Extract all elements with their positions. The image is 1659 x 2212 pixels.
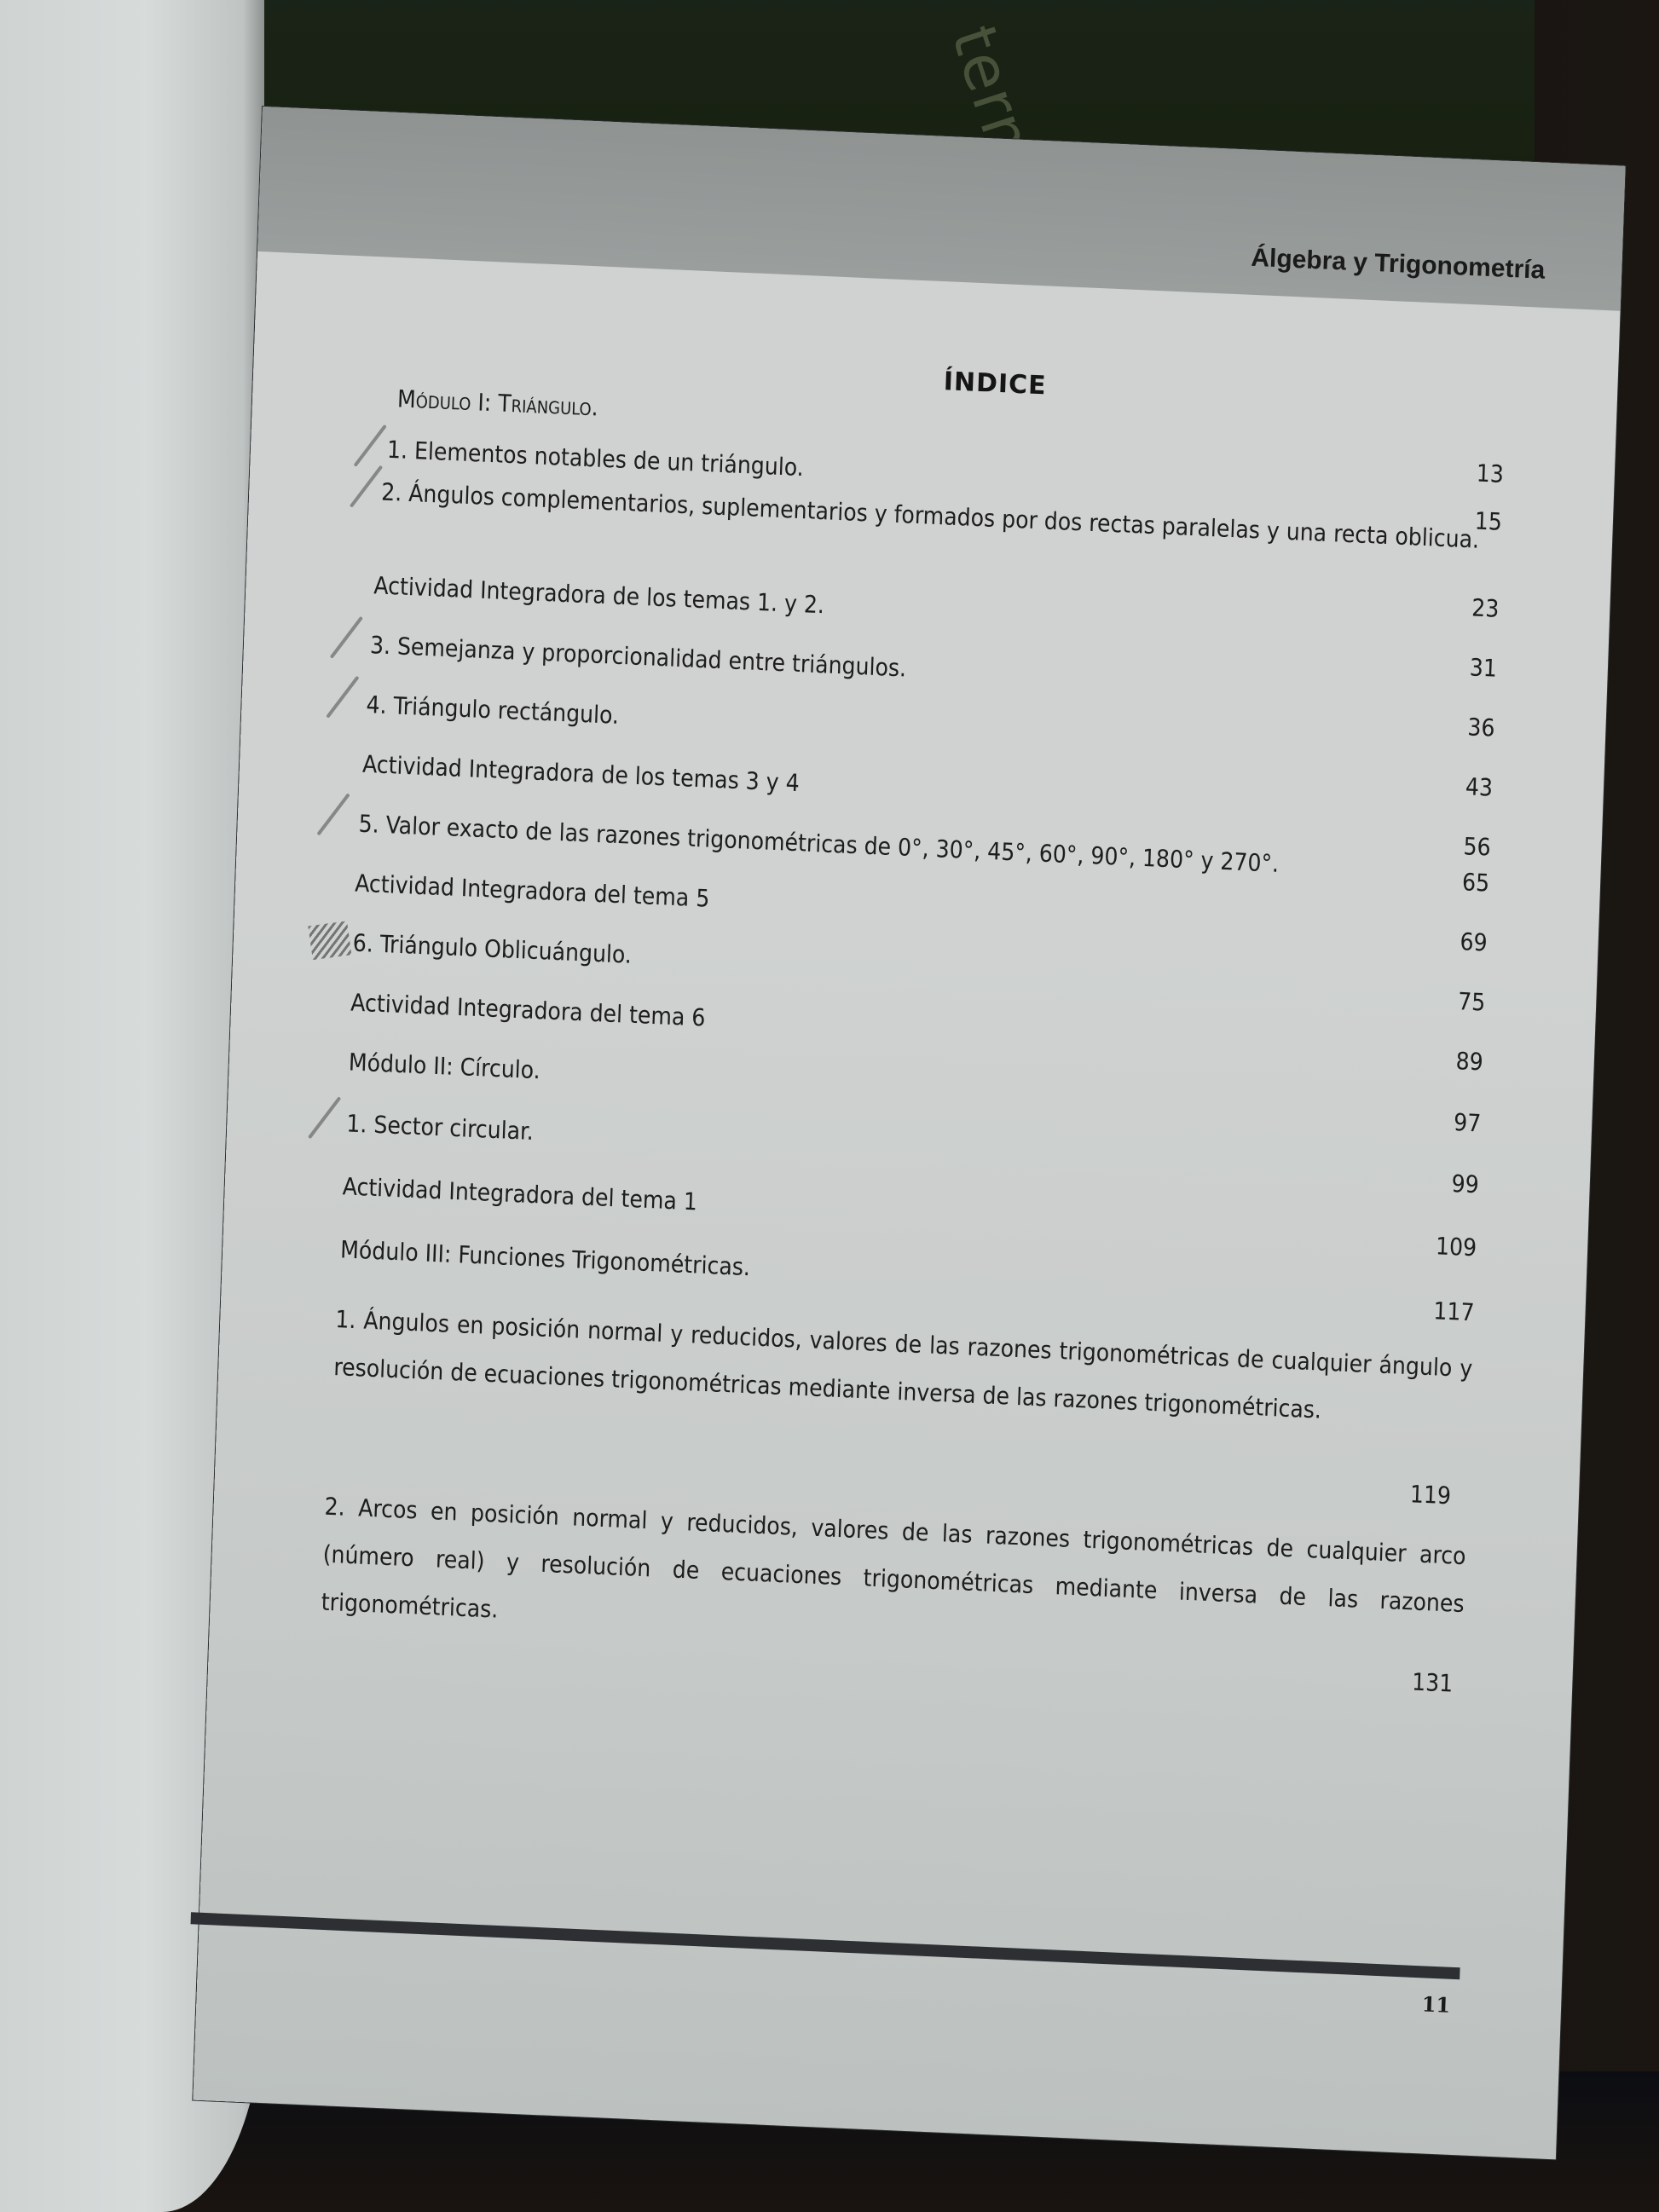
toc-page-number: 117 bbox=[1433, 1289, 1476, 1335]
toc-entry[interactable]: 1. Ángulos en posición normal y reducido… bbox=[332, 1296, 1473, 1441]
toc-page-number: 97 bbox=[1453, 1100, 1482, 1146]
toc-page-number: 119 bbox=[1409, 1470, 1452, 1520]
pencil-check-mark-icon bbox=[350, 465, 383, 508]
pencil-check-mark-icon bbox=[316, 793, 350, 835]
pencil-check-mark-icon bbox=[354, 424, 387, 467]
toc-page-number: 23 bbox=[1471, 586, 1500, 631]
page-number: 11 bbox=[1421, 1991, 1450, 2017]
toc-page-number: 109 bbox=[1435, 1224, 1477, 1270]
pencil-check-mark-icon bbox=[308, 1096, 341, 1139]
toc-page-number: 99 bbox=[1451, 1162, 1480, 1207]
toc-page-number: 69 bbox=[1460, 920, 1488, 965]
toc-entry[interactable]: 2. Arcos en posición normal y reducidos,… bbox=[321, 1483, 1467, 1676]
pencil-scribble-mark-icon bbox=[308, 921, 351, 960]
toc-page-number: 131 bbox=[1411, 1659, 1454, 1708]
document-page: Álgebra y Trigonometría ÍNDICE Módulo I:… bbox=[193, 107, 1625, 2159]
toc-entry-label: 1. Ángulos en posición normal y reducido… bbox=[332, 1296, 1473, 1441]
toc-page-number: 31 bbox=[1469, 645, 1498, 690]
toc-page-number: 36 bbox=[1466, 705, 1495, 750]
toc-entry-label: 2. Arcos en posición normal y reducidos,… bbox=[321, 1483, 1467, 1676]
toc-page-number: 89 bbox=[1455, 1039, 1484, 1084]
pencil-check-mark-icon bbox=[330, 616, 363, 659]
toc-page-number: 75 bbox=[1457, 979, 1486, 1025]
toc-page-number: 43 bbox=[1465, 765, 1494, 810]
table-of-contents: Módulo I: Triángulo. 1. Elementos notabl… bbox=[193, 107, 1625, 2159]
toc-page-number: 15 bbox=[1474, 499, 1503, 544]
toc-page-number: 13 bbox=[1476, 452, 1505, 497]
toc-page-number: 65 bbox=[1461, 860, 1490, 905]
pencil-check-mark-icon bbox=[326, 676, 359, 719]
